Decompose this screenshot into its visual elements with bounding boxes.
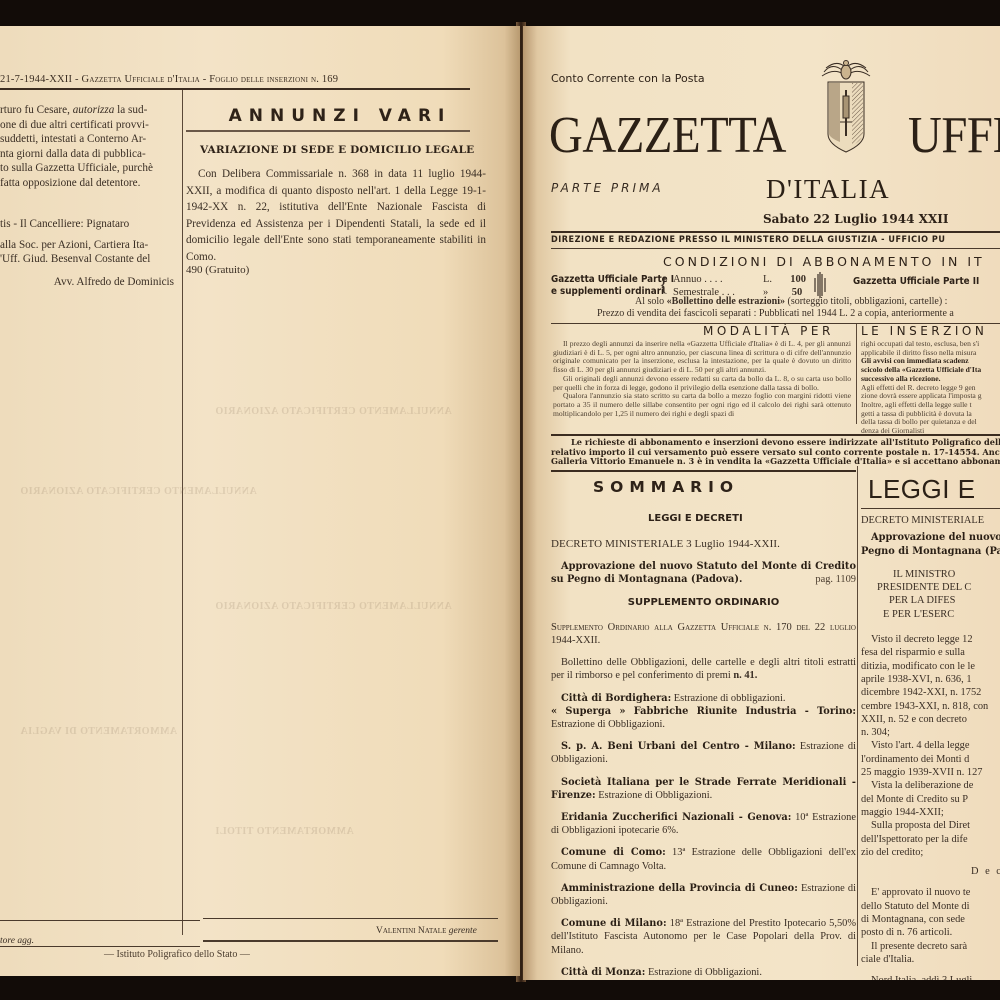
bleed-through-heading: ANNULLAMENTO CERTIFICATO AZIONARIO (215, 601, 452, 612)
leggi-e-decreti-heading: LEGGI E (868, 474, 976, 505)
prezzo-line: Prezzo di vendita dei fascicoli separati… (597, 308, 954, 319)
left-column-text: rturo fu Cesare, autorizza la sud- one d… (0, 103, 178, 289)
direzione-line: DIREZIONE E REDAZIONE PRESSO IL MINISTER… (551, 234, 956, 245)
list-item: S. p. A. Beni Urbani del Centro - Milano… (551, 740, 856, 766)
list-item: Eridania Zuccherifici Nazionali - Genova… (551, 811, 856, 837)
printer-imprint: — Istituto Poligrafico dello Stato — (104, 949, 250, 960)
list-item: Comune di Milano: 18ª Estrazione del Pre… (551, 917, 856, 957)
list-item: Città di Bordighera: Estrazione di obbli… (551, 692, 856, 732)
list-item: Amministrazione della Provincia di Cuneo… (551, 882, 856, 908)
decree-text-column: DECRETO MINISTERIALE Approvazione del nu… (861, 514, 1000, 980)
masthead-ufficiale: UFFI (908, 110, 1000, 162)
notice-title: VARIAZIONE DI SEDE E DOMICILIO LEGALE (200, 144, 490, 156)
footer-fragment: tore agg. (0, 936, 34, 946)
brace-icon: { (659, 274, 669, 296)
footer-rule (0, 920, 200, 921)
list-item: Comune di Como: 13ª Estrazione delle Obb… (551, 846, 856, 872)
modalita-heading: MODALITÀ PER (703, 324, 834, 338)
leggi-decreti-subheading: LEGGI E DECRETI (648, 513, 743, 524)
masthead-rule (551, 231, 1000, 233)
bleed-through-heading: ANNULLAMENTO CERTIFICATO AZIONARIO (215, 406, 452, 417)
supplemento-reference: Supplemento Ordinario alla Gazzetta Uffi… (551, 621, 856, 647)
sommario-heading: SOMMARIO (593, 478, 739, 496)
page-reference: pag. 1109 (805, 573, 856, 586)
masthead-ditalia: D'ITALIA (766, 174, 890, 205)
coat-of-arms-icon (816, 56, 876, 156)
inserzioni-heading: LE INSERZION (861, 324, 987, 338)
supplemento-heading: SUPPLEMENTO ORDINARIO (551, 596, 856, 609)
header-rule (0, 88, 470, 90)
issue-date: Sabato 22 Luglio 1944 XXII (763, 212, 948, 226)
richieste-rule (551, 434, 1000, 436)
leggi-rule (861, 508, 1000, 509)
direzione-rule (551, 248, 1000, 249)
gerente-signature: Valentini Natale gerente (376, 926, 477, 936)
modalita-text: Il prezzo degli annunzi da inserire nell… (553, 340, 851, 418)
right-page: Conto Corrente con la Posta GAZZETTA UFF… (523, 26, 1000, 980)
parte-prima-label: PARTE PRIMA (551, 181, 664, 195)
decreto-description: Approvazione del nuovo Statuto del Monte… (551, 560, 856, 586)
bleed-through-heading: ANNULLAMENTO CERTIFICATO AZIONARIO (20, 486, 257, 497)
list-item: Città di Monza: Estrazione di Obbligazio… (551, 966, 856, 979)
left-page: 21-7-1944-XXII - Gazzetta Ufficiale d'It… (0, 26, 520, 976)
condizioni-heading: CONDIZIONI DI ABBONAMENTO IN IT (663, 254, 985, 269)
footer-rule (0, 946, 200, 947)
running-header: 21-7-1944-XXII - Gazzetta Ufficiale d'It… (0, 74, 470, 85)
cancelliere-signature: tis - Il Cancelliere: Pignataro (0, 217, 178, 232)
notice-body: Con Delibera Commissariale n. 368 in dat… (186, 166, 486, 266)
section-rule (186, 130, 470, 132)
sommario-top-rule (551, 470, 856, 472)
richieste-notice: Le richieste di abbonamento e inserzioni… (551, 438, 1000, 467)
footer-rule (203, 940, 498, 942)
footer-rule (203, 918, 498, 919)
masthead-gazzetta: GAZZETTA (549, 110, 786, 162)
conto-corrente-label: Conto Corrente con la Posta (551, 72, 705, 85)
avvocato-signature: Avv. Alfredo de Dominicis (0, 275, 178, 290)
bollettino-entry: Bollettino delle Obbligazioni, delle car… (551, 656, 856, 682)
notice-reference: 490 (Gratuito) (186, 264, 249, 276)
fasces-ornament-icon (813, 272, 827, 298)
parte-ii-label: Gazzetta Ufficiale Parte II (853, 276, 979, 287)
bleed-through-heading: AMMORTAMENTO TITOLI (215, 826, 354, 837)
list-item: Società Italiana per le Strade Ferrate M… (551, 776, 856, 802)
column-divider (182, 90, 183, 935)
bollettino-price-line: Al solo «Bollettino delle estrazioni» (s… (635, 296, 947, 307)
decreto-entry: DECRETO MINISTERIALE 3 Luglio 1944-XXII. (551, 538, 856, 551)
sommario-divider (857, 466, 858, 966)
sommario-contents: DECRETO MINISTERIALE 3 Luglio 1944-XXII.… (551, 538, 856, 980)
section-title: ANNUNZI VARI (190, 106, 490, 126)
inserzioni-text: righi occupati dal testo, esclusa, ben s… (861, 340, 1000, 436)
subscription-label: Gazzetta Ufficiale Parte I e supplementi… (551, 274, 674, 298)
bleed-through-heading: AMMORTAMENTO DI VAGLIA (20, 726, 177, 737)
modalita-divider (856, 324, 857, 424)
